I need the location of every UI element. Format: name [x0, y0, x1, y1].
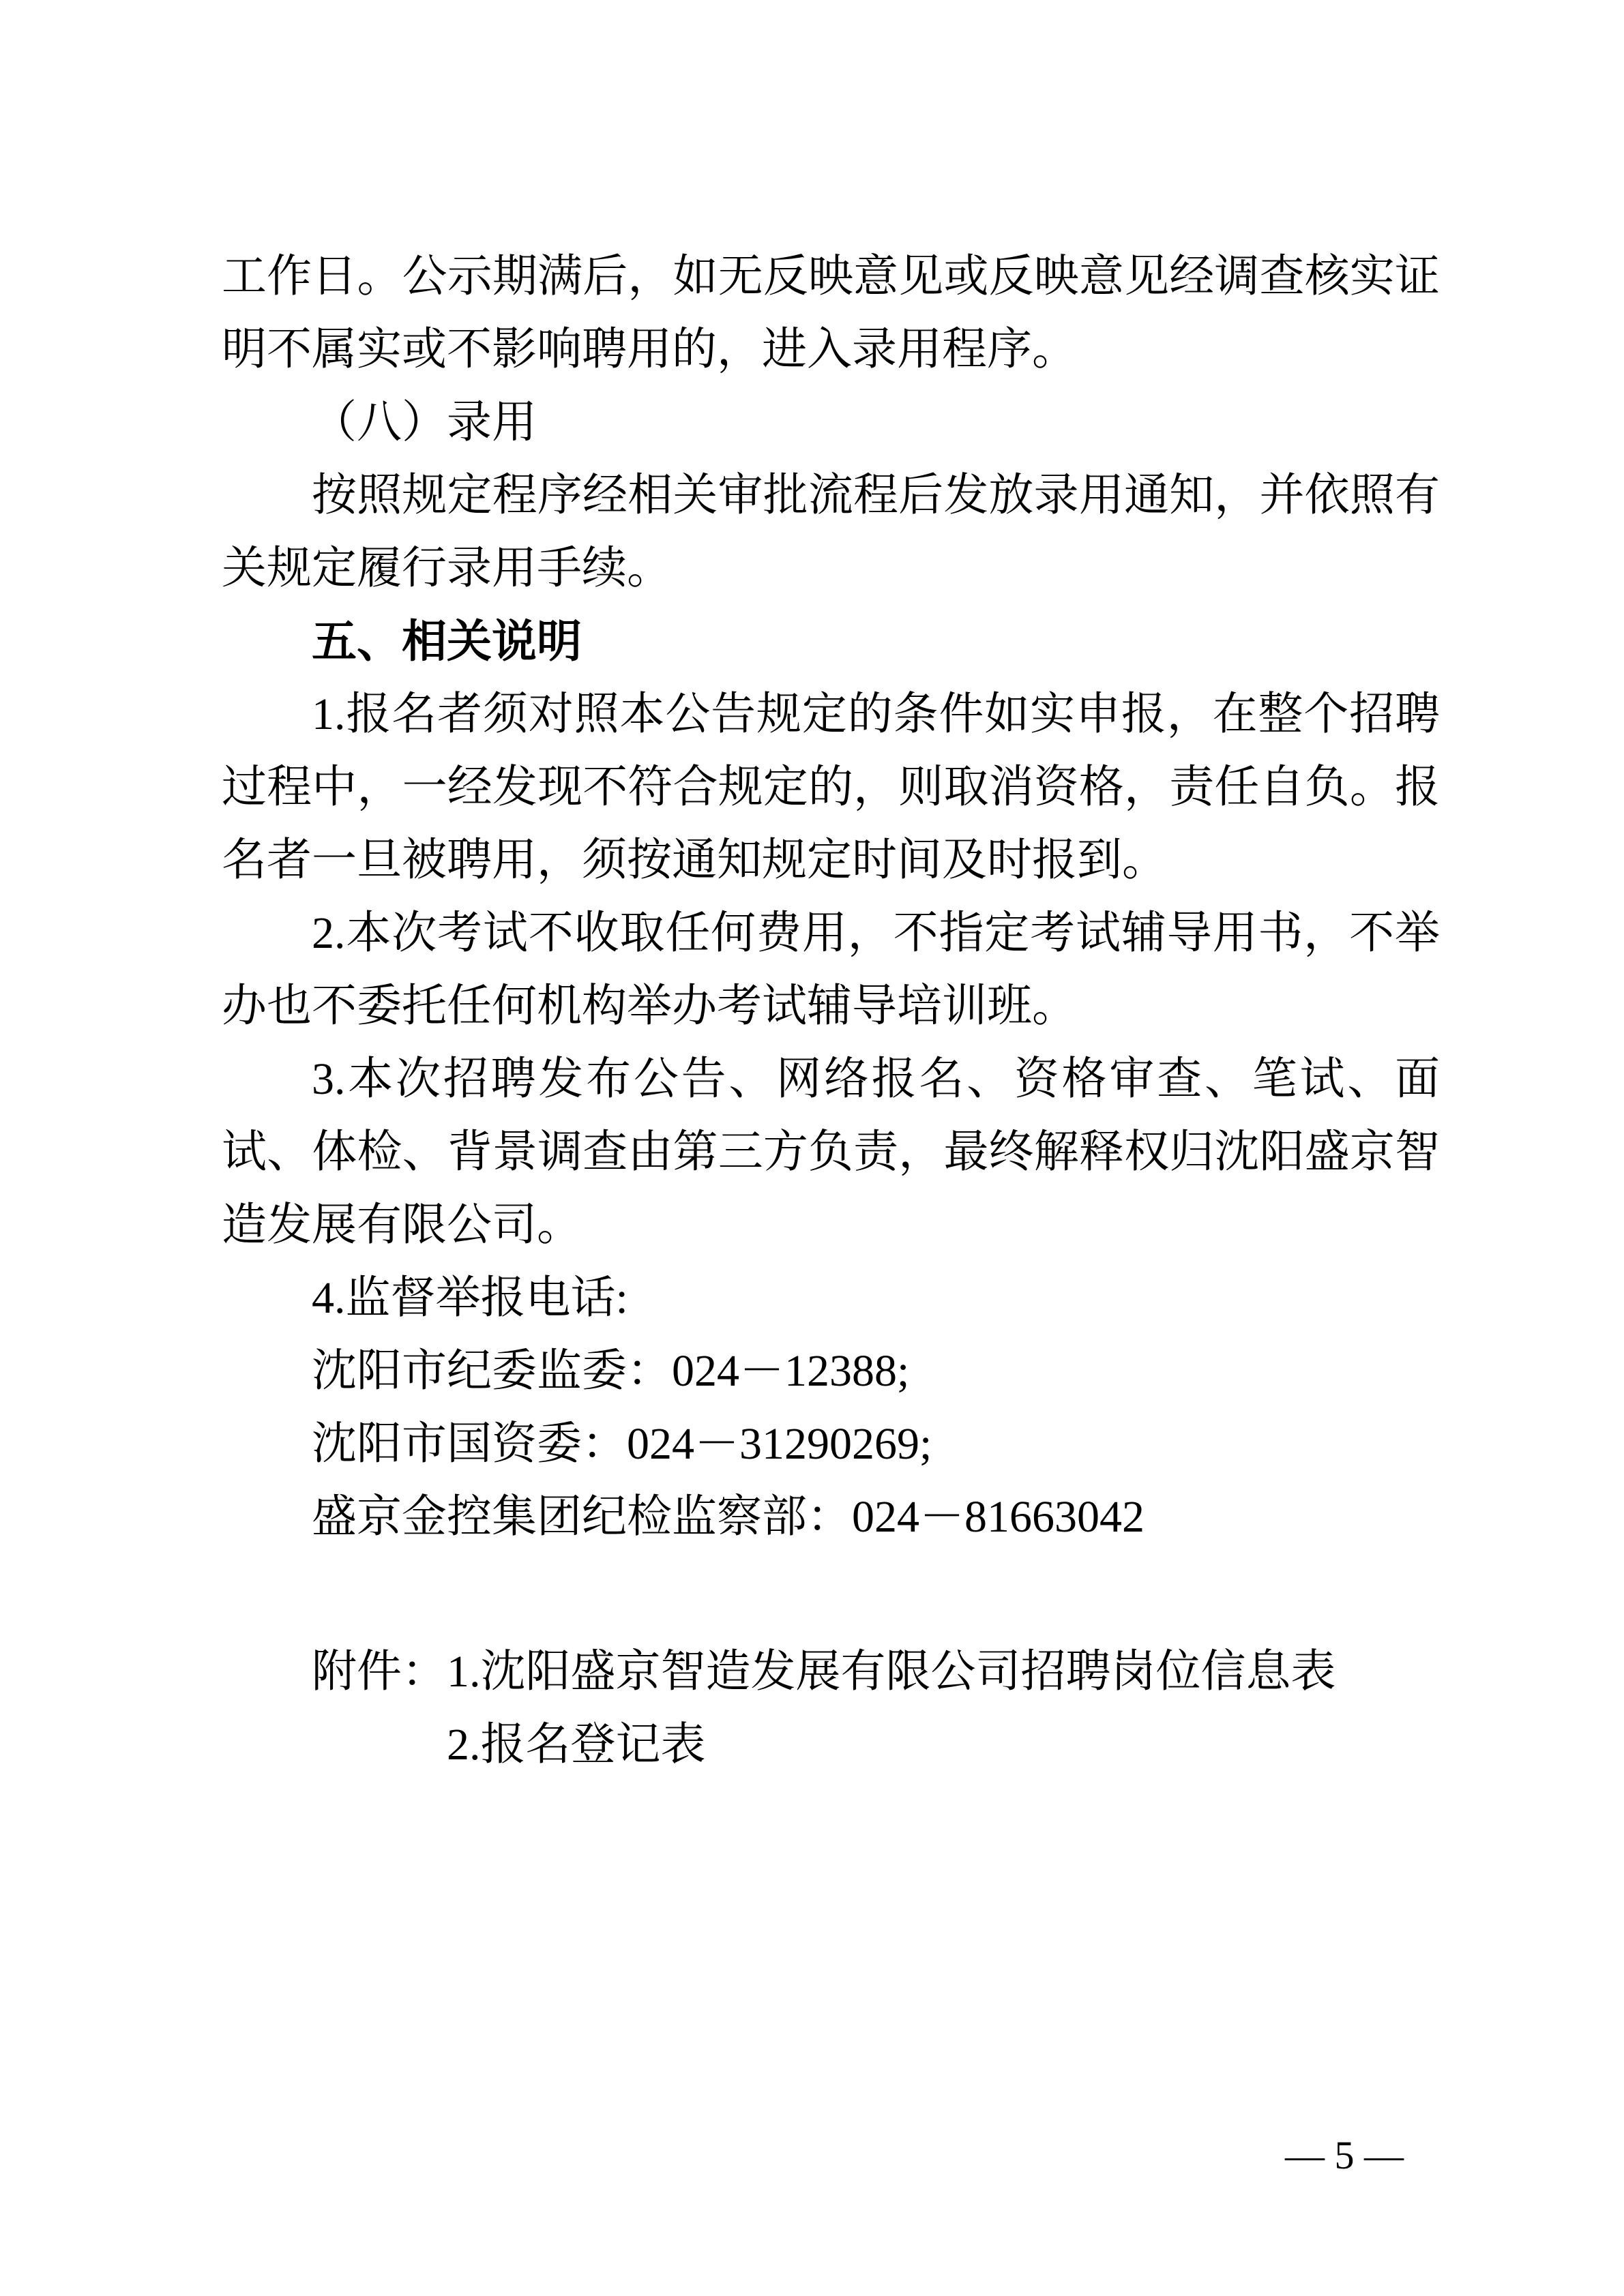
paragraph-note-4-supervision-phones-title: 4.监督举报电话: — [222, 1262, 1440, 1335]
paragraph-note-1-truthful-declaration: 1.报名者须对照本公告规定的条件如实申报，在整个招聘过程中，一经发现不符合规定的… — [222, 678, 1440, 897]
phone-line-jiwei-jianwei: 沈阳市纪委监委：024－12388; — [222, 1335, 1440, 1407]
page-number: — 5 — — [1269, 2132, 1419, 2179]
phone-line-shengjing-jinkong: 盛京金控集团纪检监察部：024－81663042 — [222, 1480, 1440, 1553]
section-heading-5-related-notes: 五、相关说明 — [222, 605, 1440, 678]
paragraph-note-2-no-fees: 2.本次考试不收取任何费用，不指定考试辅导用书，不举办也不委托任何机构举办考试辅… — [222, 897, 1440, 1043]
attachment-line-2-registration-form: 2.报名登记表 — [222, 1708, 1440, 1781]
document-page: 工作日。公示期满后，如无反映意见或反映意见经调查核实证明不属实或不影响聘用的，进… — [0, 0, 1624, 2296]
phone-line-guoziwei: 沈阳市国资委：024－31290269; — [222, 1407, 1440, 1480]
document-body: 工作日。公示期满后，如无反映意见或反映意见经调查核实证明不属实或不影响聘用的，进… — [222, 240, 1440, 1781]
paragraph-continuation-publicity-period: 工作日。公示期满后，如无反映意见或反映意见经调查核实证明不属实或不影响聘用的，进… — [222, 240, 1440, 386]
paragraph-hiring-procedure: 按照规定程序经相关审批流程后发放录用通知，并依照有关规定履行录用手续。 — [222, 459, 1440, 605]
attachment-line-1-position-info-table: 附件：1.沈阳盛京智造发展有限公司招聘岗位信息表 — [222, 1635, 1440, 1708]
paragraph-note-3-third-party: 3.本次招聘发布公告、网络报名、资格审查、笔试、面试、体检、背景调查由第三方负责… — [222, 1043, 1440, 1262]
section-heading-8-hiring: （八）录用 — [222, 386, 1440, 459]
